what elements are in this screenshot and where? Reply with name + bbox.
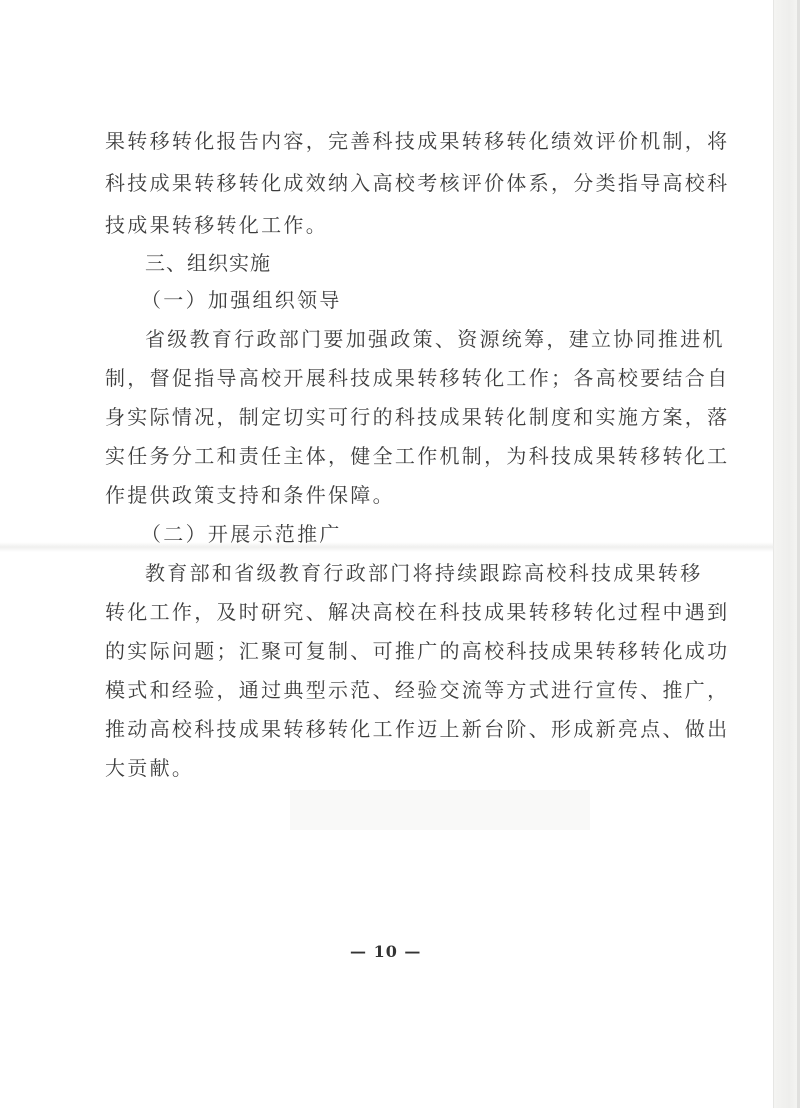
paragraph-line: 科技成果转移转化成效纳入高校考核评价体系，分类指导高校科 [105,168,729,198]
scanned-page-edge [773,0,800,1108]
subsection-heading-2: （二）开展示范推广 [141,519,342,549]
paper-fold-line [0,542,774,552]
paragraph-line: 制，督促指导高校开展科技成果转移转化工作；各高校要结合自 [105,363,729,393]
paragraph-line: 实任务分工和责任主体，健全工作机制，为科技成果转移转化工 [105,441,729,471]
section-heading: 三、组织实施 [145,248,271,278]
paragraph-line: 果转移转化报告内容，完善科技成果转移转化绩效评价机制，将 [105,126,729,156]
paragraph-line: 模式和经验，通过典型示范、经验交流等方式进行宣传、推广， [105,675,729,705]
paragraph-line: 大贡献。 [105,753,194,783]
paragraph-line: 教育部和省级教育行政部门将持续跟踪高校科技成果转移 [145,558,703,588]
paragraph-line: 推动高校科技成果转移转化工作迈上新台阶、形成新亮点、做出 [105,714,729,744]
page-number: — 10 — [350,942,421,961]
subsection-heading-1: （一）加强组织领导 [141,285,342,315]
paragraph-line: 身实际情况，制定切实可行的科技成果转化制度和实施方案，落 [105,402,729,432]
paragraph-line: 作提供政策支持和条件保障。 [105,480,395,510]
paragraph-line: 转化工作，及时研究、解决高校在科技成果转移转化过程中遇到 [105,597,729,627]
scan-bleed-through [290,790,590,830]
paragraph-line: 技成果转移转化工作。 [105,210,328,240]
paragraph-line: 省级教育行政部门要加强政策、资源统筹，建立协同推进机 [145,324,725,354]
paragraph-line: 的实际问题；汇聚可复制、可推广的高校科技成果转移转化成功 [105,636,729,666]
